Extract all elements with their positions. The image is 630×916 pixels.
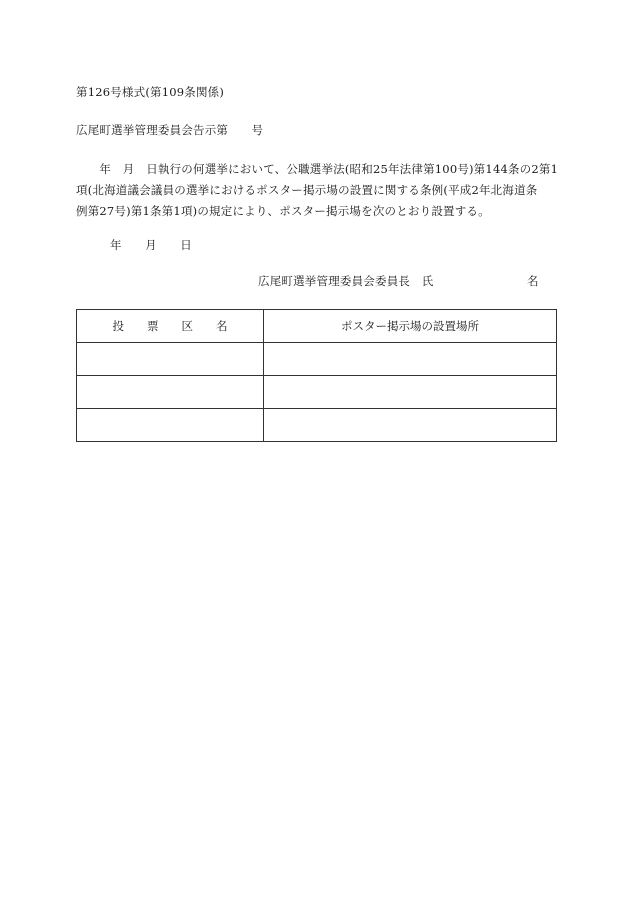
table-header-row: 投 票 区 名 ポスター掲示場の設置場所 xyxy=(77,310,557,343)
body-text-line-2: 項(北海道議会議員の選挙におけるポスター掲示場の設置に関する条例(平成2年北海道… xyxy=(76,182,538,198)
cell-poster-location xyxy=(264,343,557,376)
body-text-line-1: 年 月 日執行の何選挙において、公職選挙法(昭和25年法律第100号)第144条… xyxy=(76,161,558,177)
cell-poster-location xyxy=(264,376,557,409)
notice-number: 広尾町選挙管理委員会告示第 号 xyxy=(76,122,263,138)
form-number: 第126号様式(第109条関係) xyxy=(76,84,224,100)
table-row xyxy=(77,376,557,409)
header-poster-location: ポスター掲示場の設置場所 xyxy=(264,310,557,343)
table-row xyxy=(77,343,557,376)
cell-poster-location xyxy=(264,409,557,442)
signatory-name-suffix: 名 xyxy=(527,273,539,289)
poster-location-table: 投 票 区 名 ポスター掲示場の設置場所 xyxy=(76,309,557,442)
date-line: 年 月 日 xyxy=(110,237,192,253)
body-text-line-3: 例第27号)第1条第1項)の規定により、ポスター掲示場を次のとおり設置する。 xyxy=(76,203,490,219)
cell-polling-district xyxy=(77,343,264,376)
signatory-title: 広尾町選挙管理委員会委員長 氏 xyxy=(258,273,434,289)
cell-polling-district xyxy=(77,409,264,442)
table-row xyxy=(77,409,557,442)
cell-polling-district xyxy=(77,376,264,409)
header-polling-district: 投 票 区 名 xyxy=(77,310,264,343)
